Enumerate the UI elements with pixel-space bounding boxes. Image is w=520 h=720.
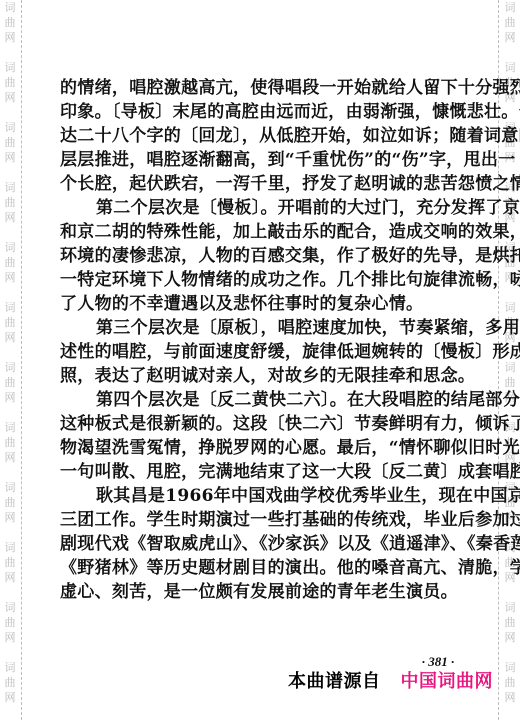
watermark-group: 词曲网: [3, 300, 19, 360]
watermark-char: 网: [3, 510, 17, 525]
watermark-group: 词曲网: [3, 540, 19, 600]
text-line: 剧现代戏《智取威虎山》、《沙家浜》以及《逍遥津》、《秦香莲》、: [60, 532, 460, 556]
watermark-char: 词: [503, 60, 517, 75]
text-line: 个长腔，起伏跌宕，一泻千里，抒发了赵明诚的悲苦怨愤之情。: [60, 172, 460, 196]
footer-site-link[interactable]: 中国词曲网: [401, 671, 494, 692]
watermark-group: 词曲网: [3, 480, 19, 540]
text-line: 述性的唱腔，与前面速度舒缓，旋律低迴婉转的〔慢板〕形成对: [60, 340, 460, 364]
watermark-column-left: 词曲网词曲网词曲网词曲网词曲网词曲网词曲网词曲网词曲网词曲网词曲网词曲网: [3, 0, 19, 720]
watermark-char: 网: [3, 450, 17, 465]
paragraph-3: 第三个层次是〔原板〕，唱腔速度加快，节奏紧缩，多用叙 述性的唱腔，与前面速度舒缓…: [60, 316, 460, 388]
watermark-char: 词: [3, 0, 17, 15]
text-line: 达二十八个字的〔回龙〕，从低腔开始，如泣如诉；随着词意的: [60, 124, 460, 148]
watermark-char: 曲: [503, 15, 517, 30]
watermark-group: 词曲网: [3, 240, 19, 300]
watermark-char: 曲: [3, 255, 17, 270]
text-line: 《野猪林》等历史题材剧目的演出。他的嗓音高亢、清脆，学习: [60, 556, 460, 580]
watermark-char: 曲: [3, 555, 17, 570]
text-line: 的情绪，唱腔激越高亢，使得唱段一开始就给人留下十分强烈的: [60, 76, 460, 100]
watermark-char: 网: [3, 270, 17, 285]
page-body-text: 的情绪，唱腔激越高亢，使得唱段一开始就给人留下十分强烈的 印象。〔导板〕末尾的高…: [60, 76, 460, 604]
watermark-char: 曲: [3, 375, 17, 390]
watermark-group: 词曲网: [3, 0, 19, 60]
watermark-group: 词曲网: [3, 360, 19, 420]
text-line: 三团工作。学生时期演过一些打基础的传统戏，毕业后参加过京: [60, 508, 460, 532]
text-line: 第二个层次是〔慢板〕。开唱前的大过门，充分发挥了京胡: [60, 196, 460, 220]
watermark-char: 曲: [3, 195, 17, 210]
watermark-char: 词: [3, 660, 17, 675]
watermark-group: 词曲网: [3, 60, 19, 120]
text-line: 一特定环境下人物情绪的成功之作。几个排比句旋律流畅，咏叙: [60, 268, 460, 292]
text-line: 这种板式是很新颖的。这段〔快二六〕节奏鲜明有力，倾诉了人: [60, 412, 460, 436]
watermark-char: 曲: [503, 615, 517, 630]
watermark-group: 词曲网: [3, 420, 19, 480]
text-line: 照，表达了赵明诚对亲人，对故乡的无限挂牵和思念。: [60, 364, 460, 388]
paragraph-1: 的情绪，唱腔激越高亢，使得唱段一开始就给人留下十分强烈的 印象。〔导板〕末尾的高…: [60, 76, 460, 196]
watermark-group: 词曲网: [3, 120, 19, 180]
watermark-char: 词: [3, 300, 17, 315]
watermark-char: 曲: [3, 315, 17, 330]
watermark-char: 词: [503, 600, 517, 615]
watermark-char: 词: [3, 540, 17, 555]
watermark-group: 词曲网: [503, 660, 519, 720]
text-line: 印象。〔导板〕末尾的高腔由远而近，由弱渐强，慷慨悲壮。长: [60, 100, 460, 124]
watermark-char: 曲: [3, 495, 17, 510]
source-footer: 本曲谱源自中国词曲网: [288, 670, 493, 694]
watermark-char: 词: [3, 60, 17, 75]
watermark-char: 词: [3, 420, 17, 435]
watermark-char: 网: [503, 630, 517, 645]
watermark-char: 词: [503, 300, 517, 315]
watermark-char: 曲: [3, 435, 17, 450]
text-line: 物渴望洗雪冤情，挣脱罗网的心愿。最后，“情怀聊似旧时光”: [60, 436, 460, 460]
text-line: 第三个层次是〔原板〕，唱腔速度加快，节奏紧缩，多用叙: [60, 316, 460, 340]
watermark-char: 词: [503, 0, 517, 15]
watermark-group: 词曲网: [503, 600, 519, 660]
watermark-char: 网: [3, 30, 17, 45]
paragraph-2: 第二个层次是〔慢板〕。开唱前的大过门，充分发挥了京胡 和京二胡的特殊性能，加上敲…: [60, 196, 460, 316]
watermark-char: 网: [3, 570, 17, 585]
watermark-char: 网: [3, 210, 17, 225]
text-line: 第四个层次是〔反二黄快二六〕。在大段唱腔的结尾部分用: [60, 388, 460, 412]
watermark-char: 网: [503, 30, 517, 45]
paragraph-4: 第四个层次是〔反二黄快二六〕。在大段唱腔的结尾部分用 这种板式是很新颖的。这段〔…: [60, 388, 460, 484]
watermark-char: 网: [3, 690, 17, 705]
watermark-group: 词曲网: [503, 0, 519, 60]
watermark-char: 词: [503, 360, 517, 375]
margin-dashed-line-left: [21, 0, 22, 720]
watermark-char: 曲: [503, 675, 517, 690]
watermark-char: 曲: [3, 15, 17, 30]
watermark-char: 词: [503, 660, 517, 675]
paragraph-5: 耿其昌是1966年中国戏曲学校优秀毕业生，现在中国京剧院 三团工作。学生时期演过…: [60, 484, 460, 604]
text-line: 一句叫散、甩腔，完满地结束了这一大段〔反二黄〕成套唱腔。: [60, 460, 460, 484]
watermark-group: 词曲网: [3, 600, 19, 660]
watermark-char: 曲: [3, 135, 17, 150]
text-line: 层层推进，唱腔逐渐翻高，到“千重忧伤”的“伤”字，甩出一: [60, 148, 460, 172]
text-line: 了人物的不幸遭遇以及悲怀往事时的复杂心情。: [60, 292, 460, 316]
watermark-group: 词曲网: [3, 180, 19, 240]
watermark-char: 网: [3, 390, 17, 405]
watermark-char: 曲: [3, 675, 17, 690]
watermark-char: 词: [3, 600, 17, 615]
watermark-char: 曲: [503, 375, 517, 390]
text-line: 环境的凄惨悲凉，人物的百感交集，作了极好的先导，是烘托这: [60, 244, 460, 268]
watermark-char: 词: [3, 240, 17, 255]
watermark-char: 词: [3, 480, 17, 495]
footer-source-prefix: 本曲谱源自: [288, 671, 381, 692]
watermark-group: 词曲网: [3, 660, 19, 720]
watermark-char: 曲: [3, 615, 17, 630]
page-number: · 381 ·: [408, 654, 468, 670]
watermark-char: 网: [3, 90, 17, 105]
watermark-char: 网: [3, 330, 17, 345]
watermark-char: 网: [3, 630, 17, 645]
watermark-char: 网: [503, 690, 517, 705]
text-line: 耿其昌是1966年中国戏曲学校优秀毕业生，现在中国京剧院: [60, 484, 460, 508]
watermark-char: 词: [3, 120, 17, 135]
watermark-char: 曲: [3, 75, 17, 90]
watermark-char: 词: [3, 360, 17, 375]
watermark-char: 网: [3, 150, 17, 165]
text-line: 和京二胡的特殊性能，加上敲击乐的配合，造成交响的效果，对: [60, 220, 460, 244]
text-line: 虚心、刻苦，是一位颇有发展前途的青年老生演员。: [60, 580, 460, 604]
watermark-char: 词: [3, 180, 17, 195]
